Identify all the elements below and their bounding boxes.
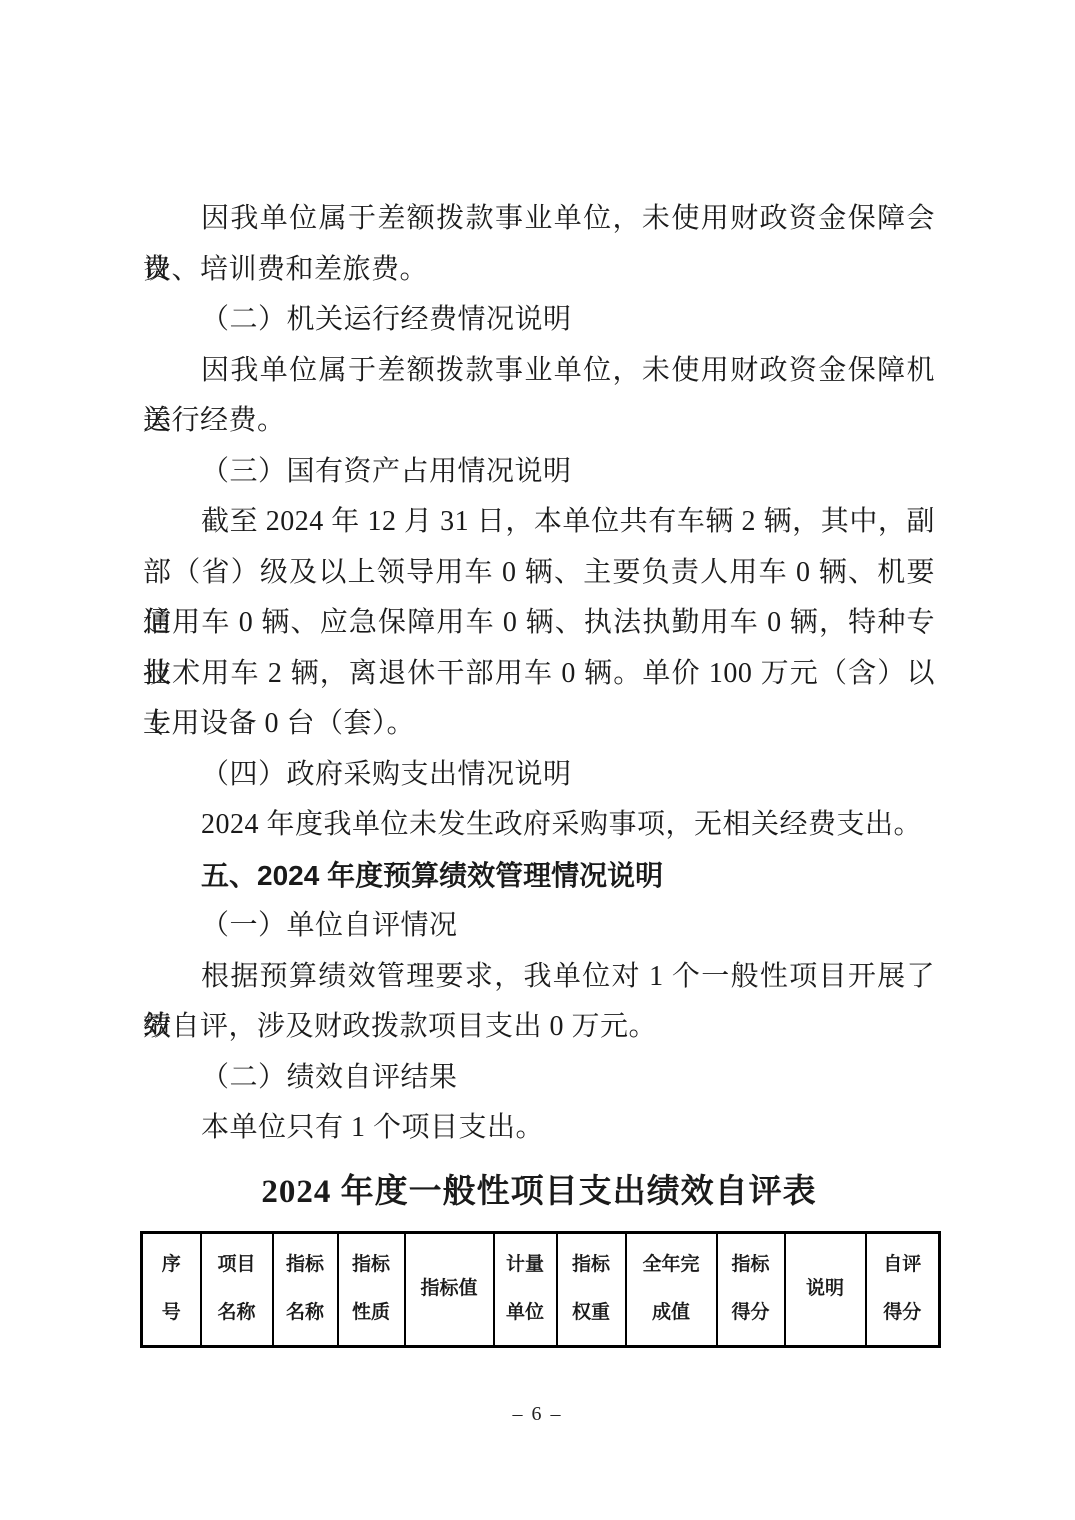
document-body: 因我单位属于差额拨款事业单位，未使用财政资金保障会议 费、培训费和差旅费。 （二…: [143, 194, 935, 1348]
section-heading: （二）机关运行经费情况说明: [143, 295, 935, 346]
header-cell-remarks: 说明: [786, 1234, 865, 1345]
body-line: 根据预算绩效管理要求，我单位对 1 个一般性项目开展了绩: [143, 952, 935, 1003]
body-line: 因我单位属于差额拨款事业单位，未使用财政资金保障会议: [143, 194, 935, 245]
table-title: 2024 年度一般性项目支出绩效自评表: [143, 1154, 935, 1231]
section-heading: （三）国有资产占用情况说明: [143, 447, 935, 498]
body-line: 截至 2024 年 12 月 31 日，本单位共有车辆 2 辆，其中，副: [143, 497, 935, 548]
body-line: 费、培训费和差旅费。: [143, 245, 935, 296]
header-cell-indicator-nature: 指标性质: [339, 1234, 404, 1345]
section-heading: （四）政府采购支出情况说明: [143, 750, 935, 801]
header-cell-indicator-weight: 指标权重: [558, 1234, 625, 1345]
chapter-heading: 五、2024 年度预算绩效管理情况说明: [143, 851, 935, 902]
body-line: 2024 年度我单位未发生政府采购事项，无相关经费支出。: [143, 800, 935, 851]
performance-self-eval-table: 序号 项目名称 指标名称 指标性质 指标值 计量单位 指标权重 全年完成值 指标…: [140, 1231, 941, 1348]
body-line: 效自评，涉及财政拨款项目支出 0 万元。: [143, 1002, 935, 1053]
header-cell-measure-unit: 计量单位: [495, 1234, 556, 1345]
body-line: 信用车 0 辆、应急保障用车 0 辆、执法执勤用车 0 辆，特种专业: [143, 598, 935, 649]
header-cell-indicator-name: 指标名称: [274, 1234, 337, 1345]
header-cell-serial-number: 序号: [143, 1234, 200, 1345]
header-cell-indicator-score: 指标得分: [718, 1234, 784, 1345]
section-heading: （二）绩效自评结果: [143, 1053, 935, 1104]
body-line: 专用设备 0 台（套）。: [143, 699, 935, 750]
table-header-row: 序号 项目名称 指标名称 指标性质 指标值 计量单位 指标权重 全年完成值 指标…: [142, 1232, 940, 1346]
body-line: 运行经费。: [143, 396, 935, 447]
body-line: 本单位只有 1 个项目支出。: [143, 1103, 935, 1154]
header-cell-self-eval-score: 自评得分: [867, 1234, 939, 1345]
body-line: 技术用车 2 辆，离退休干部用车 0 辆。单价 100 万元（含）以上: [143, 649, 935, 700]
section-heading: （一）单位自评情况: [143, 901, 935, 952]
document-page: 因我单位属于差额拨款事业单位，未使用财政资金保障会议 费、培训费和差旅费。 （二…: [0, 0, 1075, 1520]
page-number: – 6 –: [0, 1403, 1075, 1426]
body-line: 部（省）级及以上领导用车 0 辆、主要负责人用车 0 辆、机要通: [143, 548, 935, 599]
header-cell-project-name: 项目名称: [202, 1234, 272, 1345]
header-cell-annual-completion: 全年完成值: [627, 1234, 716, 1345]
body-line: 因我单位属于差额拨款事业单位，未使用财政资金保障机关: [143, 346, 935, 397]
header-cell-indicator-value: 指标值: [406, 1234, 493, 1345]
